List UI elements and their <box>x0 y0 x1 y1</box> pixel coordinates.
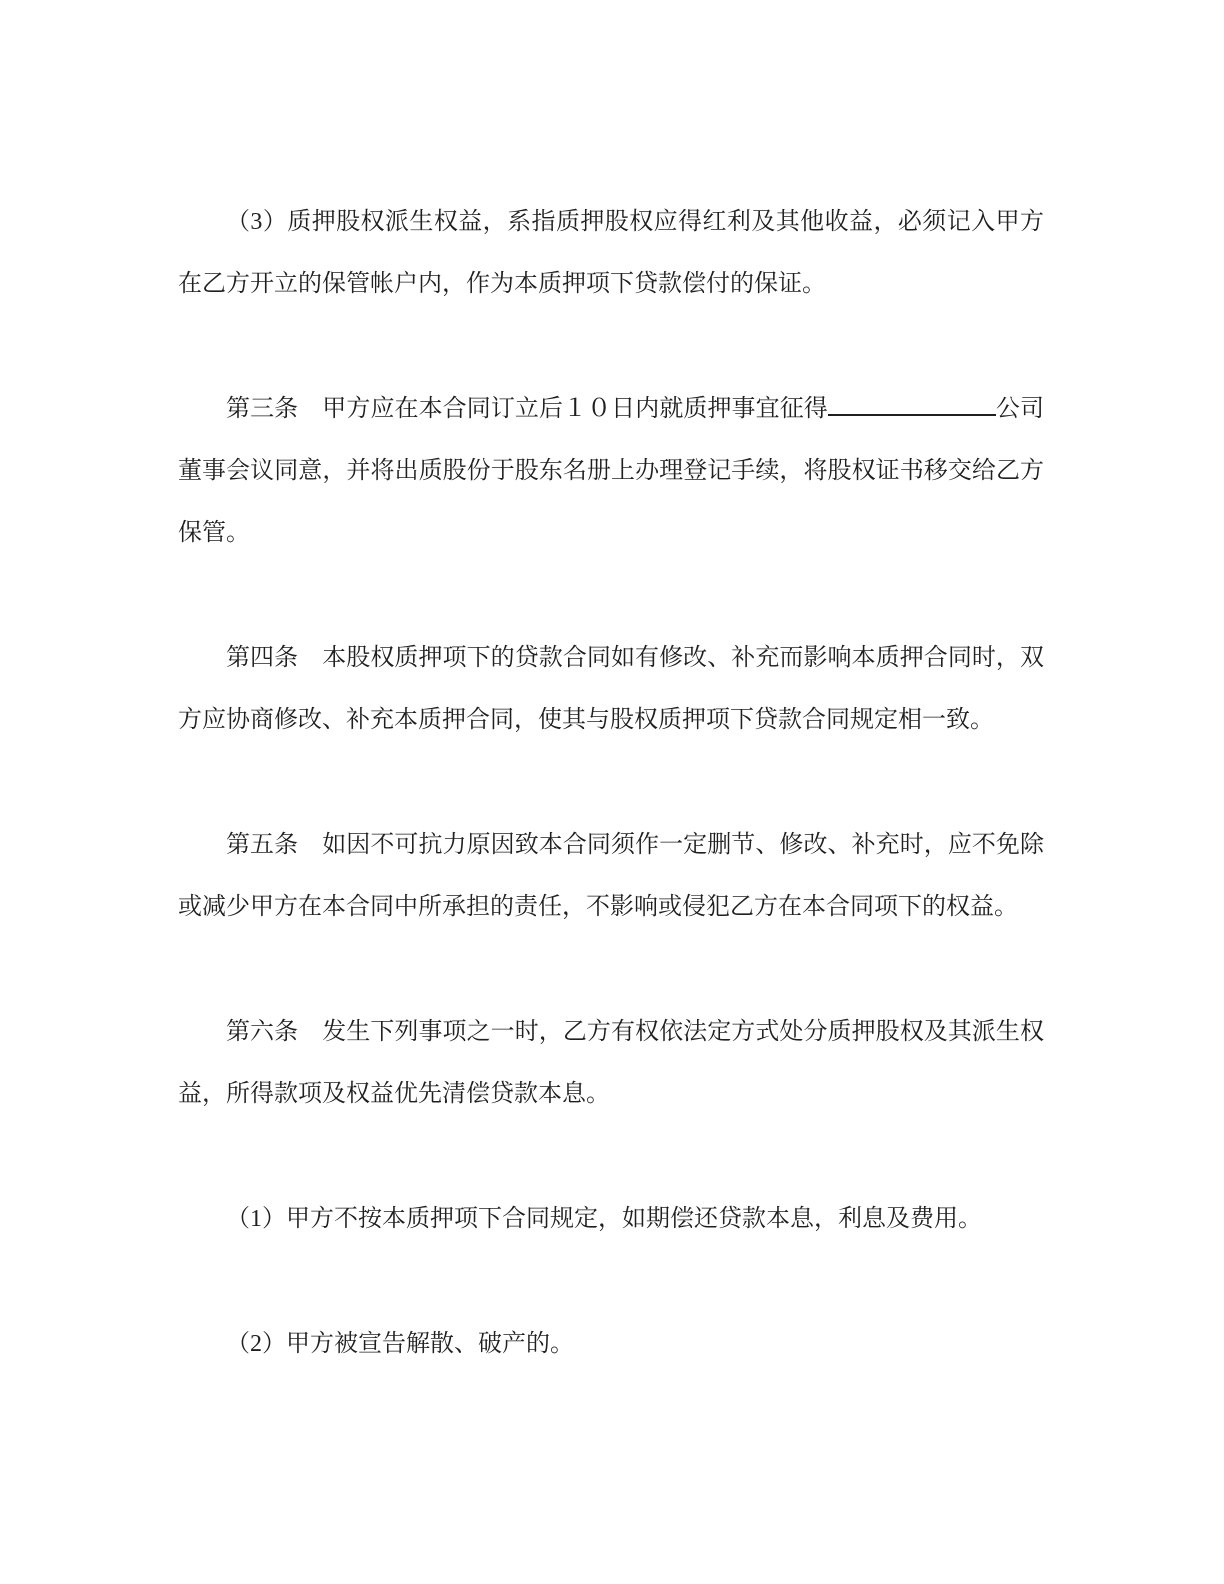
paragraph-pledge-derived-rights-item-3: （3）质押股权派生权益，系指质押股权应得红利及其他收益，必须记入甲方在乙方开立的… <box>178 191 1044 315</box>
clause-3-text-before-blank: 第三条 甲方应在本合同订立后１０日内就质押事宜征得 <box>226 396 828 422</box>
contract-body: （3）质押股权派生权益，系指质押股权应得红利及其他收益，必须记入甲方在乙方开立的… <box>178 191 1044 1375</box>
paragraph-clause-4: 第四条 本股权质押项下的贷款合同如有修改、补充而影响本质押合同时，双方应协商修改… <box>178 627 1044 751</box>
paragraph-clause-6-item-2: （2）甲方被宣告解散、破产的。 <box>178 1313 1044 1375</box>
contract-page: （3）质押股权派生权益，系指质押股权应得红利及其他收益，必须记入甲方在乙方开立的… <box>0 0 1224 1584</box>
paragraph-clause-6-item-1: （1）甲方不按本质押项下合同规定，如期偿还贷款本息，利息及费用。 <box>178 1188 1044 1250</box>
paragraph-clause-3: 第三条 甲方应在本合同订立后１０日内就质押事宜征得公司董事会议同意，并将出质股份… <box>178 378 1044 564</box>
paragraph-clause-6: 第六条 发生下列事项之一时，乙方有权依法定方式处分质押股权及其派生权益，所得款项… <box>178 1001 1044 1125</box>
fill-in-blank-company-name <box>828 413 996 416</box>
paragraph-clause-5: 第五条 如因不可抗力原因致本合同须作一定删节、修改、补充时，应不免除或减少甲方在… <box>178 814 1044 938</box>
